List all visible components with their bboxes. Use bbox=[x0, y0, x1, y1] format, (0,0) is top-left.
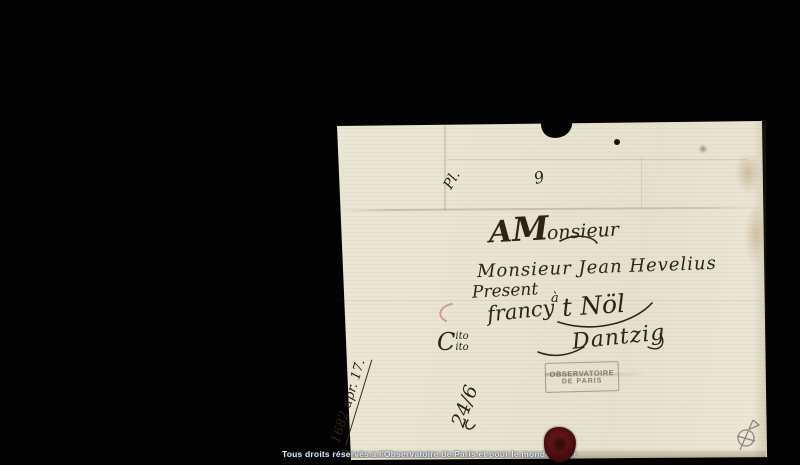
letter-paper bbox=[0, 0, 800, 465]
cito-note: C ito ito bbox=[437, 330, 469, 354]
salutation-initial-a: A bbox=[488, 214, 513, 250]
observatory-stamp: OBSERVATOIRE DE PARIS bbox=[545, 361, 620, 393]
salutation-rest: onsieur bbox=[546, 219, 619, 245]
copyright-caption: Tous droits réservés a l'Observatoire de… bbox=[282, 449, 577, 459]
salutation-initial-m: M bbox=[511, 208, 548, 249]
wax-seal bbox=[544, 427, 576, 462]
ink-spot bbox=[614, 139, 620, 145]
cito-line2: ito bbox=[455, 342, 468, 353]
stamp-line2: DE PARIS bbox=[562, 377, 603, 385]
cito-initial: C bbox=[437, 330, 455, 354]
address-routing-2: t Nöl bbox=[561, 289, 626, 322]
cito-line1: ito bbox=[455, 331, 468, 342]
wax-seal-core bbox=[551, 436, 568, 452]
scanned-letter-view: OBSERVATOIRE DE PARIS AMonsieur Monsieur… bbox=[0, 0, 800, 465]
